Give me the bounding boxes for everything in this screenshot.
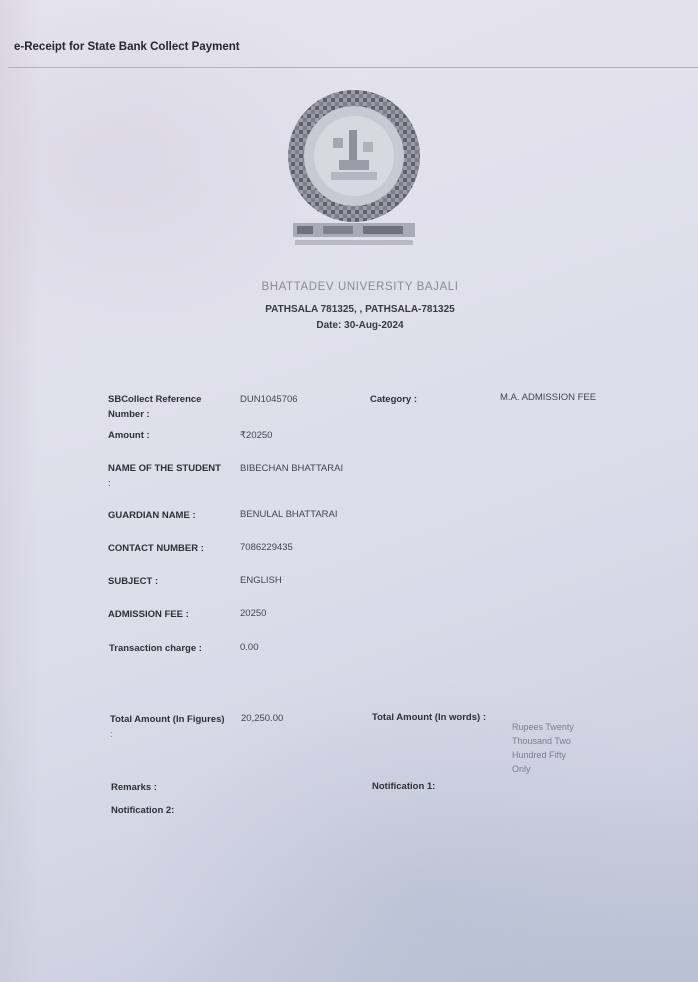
total-words-line: Only: [512, 762, 592, 776]
university-seal-icon: [283, 90, 425, 250]
header-divider: [8, 67, 698, 68]
remarks-label: Remarks :: [111, 780, 157, 795]
guardian-name-label: GUARDIAN NAME :: [108, 508, 196, 523]
receipt-title: e-Receipt for State Bank Collect Payment: [14, 41, 240, 53]
student-name-value: BIBECHAN BHATTARAI: [240, 461, 343, 476]
student-name-label-line2: :: [108, 476, 221, 491]
university-name: BHATTADEV UNIVERSITY BAJALI: [0, 281, 698, 293]
amount-value: ₹20250: [240, 428, 272, 443]
receipt-date: Date: 30-Aug-2024: [0, 320, 698, 331]
transaction-charge-value: 0.00: [240, 640, 259, 655]
student-name-label-line1: NAME OF THE STUDENT: [108, 461, 221, 476]
category-label: Category :: [370, 392, 417, 407]
university-address: PATHSALA 781325, , PATHSALA-781325: [0, 304, 698, 315]
notification2-label: Notification 2:: [111, 803, 174, 818]
total-figures-label-line1: Total Amount (In Figures): [110, 712, 225, 727]
admission-fee-label: ADMISSION FEE :: [108, 607, 189, 622]
reference-label-line1: SBCollect Reference: [108, 392, 201, 407]
notification1-label: Notification 1:: [372, 779, 435, 794]
subject-value: ENGLISH: [240, 573, 282, 588]
total-words-label: Total Amount (In words) :: [372, 710, 486, 725]
guardian-name-value: BENULAL BHATTARAI: [240, 507, 338, 522]
subject-label: SUBJECT :: [108, 574, 158, 589]
reference-label: SBCollect Reference Number :: [108, 392, 201, 422]
total-words-line: Rupees Twenty: [512, 720, 592, 734]
total-words-value: Rupees Twenty Thousand Two Hundred Fifty…: [512, 720, 592, 776]
total-figures-value: 20,250.00: [241, 711, 283, 726]
total-figures-label-line2: :: [110, 727, 225, 742]
total-words-line: Thousand Two: [512, 734, 592, 748]
amount-label: Amount :: [108, 428, 150, 443]
total-figures-label: Total Amount (In Figures) :: [110, 712, 225, 742]
total-words-line: Hundred Fifty: [512, 748, 592, 762]
reference-label-line2: Number :: [108, 407, 201, 422]
category-value: M.A. ADMISSION FEE: [500, 390, 596, 405]
admission-fee-value: 20250: [240, 606, 266, 621]
reference-value: DUN1045706: [240, 392, 298, 407]
transaction-charge-label: Transaction charge :: [109, 641, 202, 656]
contact-number-value: 7086229435: [240, 540, 293, 555]
contact-number-label: CONTACT NUMBER :: [108, 541, 204, 556]
student-name-label: NAME OF THE STUDENT :: [108, 461, 221, 491]
